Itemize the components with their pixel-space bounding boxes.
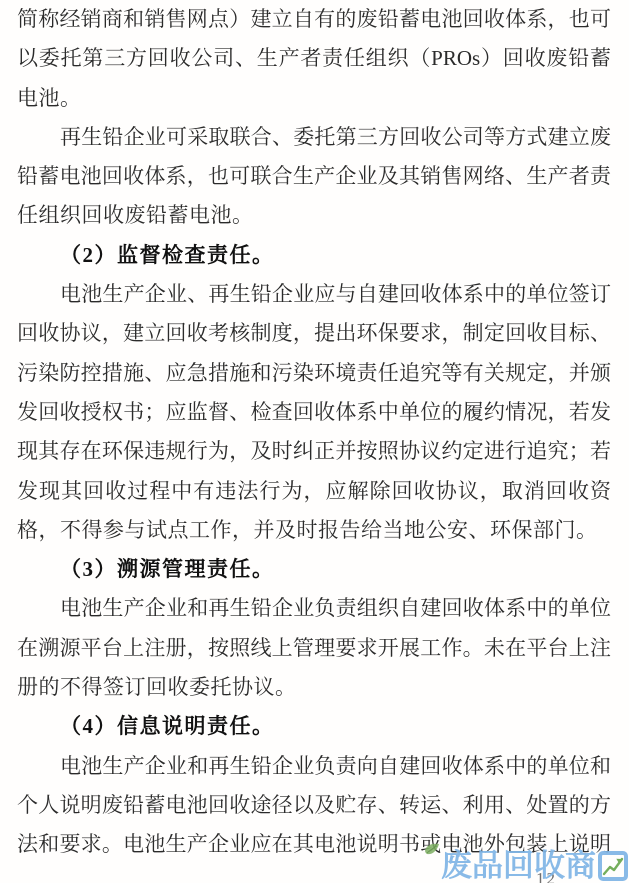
- text-line: 册的不得签订回收委托协议。: [17, 668, 611, 707]
- text-line: 电池生产企业和再生铅企业负责组织自建回收体系中的单位: [17, 589, 611, 628]
- text-line: 再生铅企业可采取联合、委托第三方回收公司等方式建立废: [17, 118, 611, 157]
- watermark-text: 废品回收商: [441, 850, 596, 881]
- text-line: 任组织回收废铅蓄电池。: [17, 196, 611, 235]
- text-line: 电池生产企业和再生铅企业负责向自建回收体系中的单位和: [17, 747, 611, 786]
- document-text-column: 简称经销商和销售网点）建立自有的废铅蓄电池回收体系，也可 以委托第三方回收公司、…: [17, 0, 611, 865]
- text-line: 在溯源平台上注册，按照线上管理要求开展工作。未在平台上注: [17, 629, 611, 668]
- section-heading-supervision: （2）监督检查责任。: [17, 236, 611, 275]
- section-heading-information: （4）信息说明责任。: [17, 707, 611, 746]
- text-line: 现其存在环保违规行为，及时纠正并按照协议约定进行追究；若: [17, 432, 611, 471]
- text-line: 发回收授权书；应监督、检查回收体系中单位的履约情况，若发: [17, 393, 611, 432]
- text-line: 铅蓄电池回收体系，也可联合生产企业及其销售网络、生产者责: [17, 157, 611, 196]
- trend-chart-icon: [598, 851, 628, 881]
- text-line: 个人说明废铅蓄电池回收途径以及贮存、转运、利用、处置的方: [17, 786, 611, 825]
- text-line: 以委托第三方回收公司、生产者责任组织（PROs）回收废铅蓄: [17, 39, 611, 78]
- text-line: 简称经销商和销售网点）建立自有的废铅蓄电池回收体系，也可: [17, 0, 611, 39]
- text-line: 电池。: [17, 79, 611, 118]
- text-line: 回收协议，建立回收考核制度，提出环保要求，制定回收目标、: [17, 314, 611, 353]
- document-page: 简称经销商和销售网点）建立自有的废铅蓄电池回收体系，也可 以委托第三方回收公司、…: [0, 0, 629, 883]
- text-line: 电池生产企业、再生铅企业应与自建回收体系中的单位签订: [17, 275, 611, 314]
- section-heading-traceability: （3）溯源管理责任。: [17, 550, 611, 589]
- text-line: 发现其回收过程中有违法行为，应解除回收协议，取消回收资: [17, 472, 611, 511]
- leaf-icon: [424, 842, 440, 856]
- watermark-logo: 废品回收商: [420, 840, 629, 883]
- text-line: 污染防控措施、应急措施和污染环境责任追究等有关规定，并颁: [17, 354, 611, 393]
- text-line: 格，不得参与试点工作，并及时报告给当地公安、环保部门。: [17, 511, 611, 550]
